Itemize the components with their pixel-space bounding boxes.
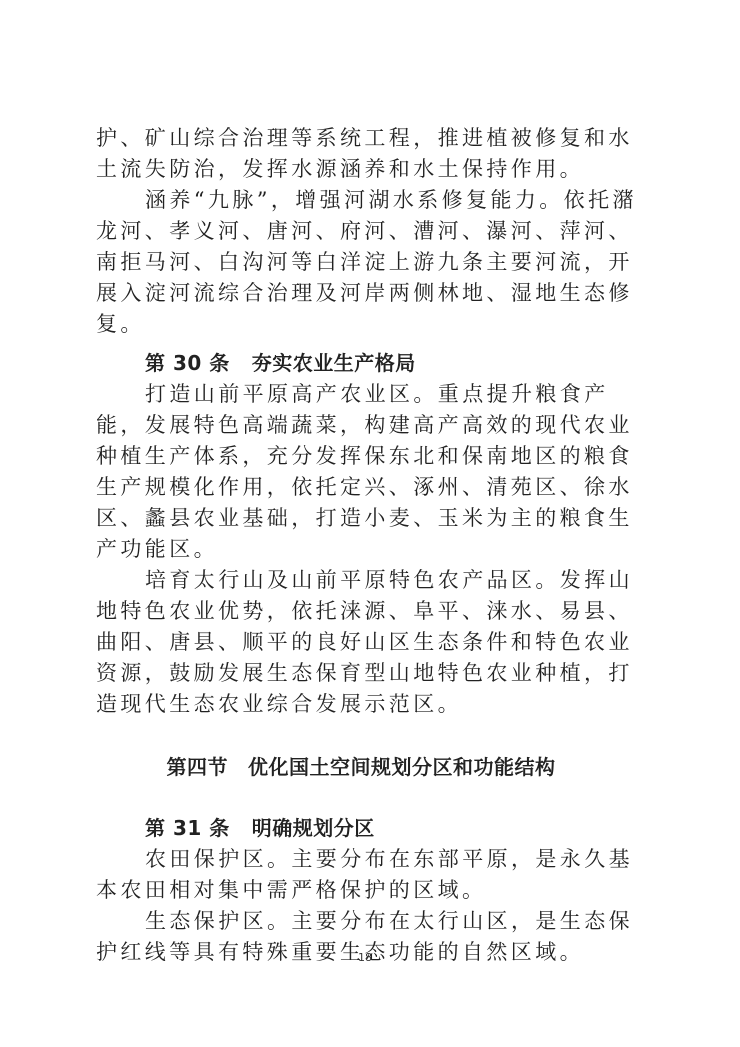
section-title: 优化国土空间规划分区和功能结构 (248, 755, 556, 779)
article-number: 第 30 条 (145, 351, 230, 375)
paragraph-farmland-zone: 农田保护区。主要分布在东部平原，是永久基本农田相对集中需严格保护的区域。 (96, 844, 656, 906)
article-31-heading: 第 31 条明确规划分区 (96, 813, 656, 844)
article-title: 夯实农业生产格局 (252, 351, 416, 375)
article-30-heading: 第 30 条夯实农业生产格局 (96, 348, 656, 379)
document-page: 护、矿山综合治理等系统工程，推进植被修复和水土流失防治，发挥水源涵养和水土保持作… (96, 123, 656, 968)
paragraph-ecology-zone: 生态保护区。主要分布在太行山区，是生态保护红线等具有特殊重要生态功能的自然区域。 (96, 906, 656, 968)
article-title: 明确规划分区 (252, 816, 375, 840)
paragraph-high-yield-zone: 打造山前平原高产农业区。重点提升粮食产能，发展特色高端蔬菜，构建高产高效的现代农… (96, 379, 656, 565)
paragraph-specialty-zone: 培育太行山及山前平原特色农产品区。发挥山地特色农业优势，依托涞源、阜平、涞水、易… (96, 565, 656, 720)
section-number: 第四节 (167, 755, 229, 779)
paragraph-continued: 护、矿山综合治理等系统工程，推进植被修复和水土流失防治，发挥水源涵养和水土保持作… (96, 123, 656, 185)
paragraph-nine-rivers: 涵养“九脉”，增强河湖水系修复能力。依托潴龙河、孝义河、唐河、府河、漕河、瀑河、… (96, 185, 656, 340)
section-heading: 第四节优化国土空间规划分区和功能结构 (96, 752, 656, 783)
page-number: 18 (358, 951, 372, 964)
article-number: 第 31 条 (145, 816, 230, 840)
